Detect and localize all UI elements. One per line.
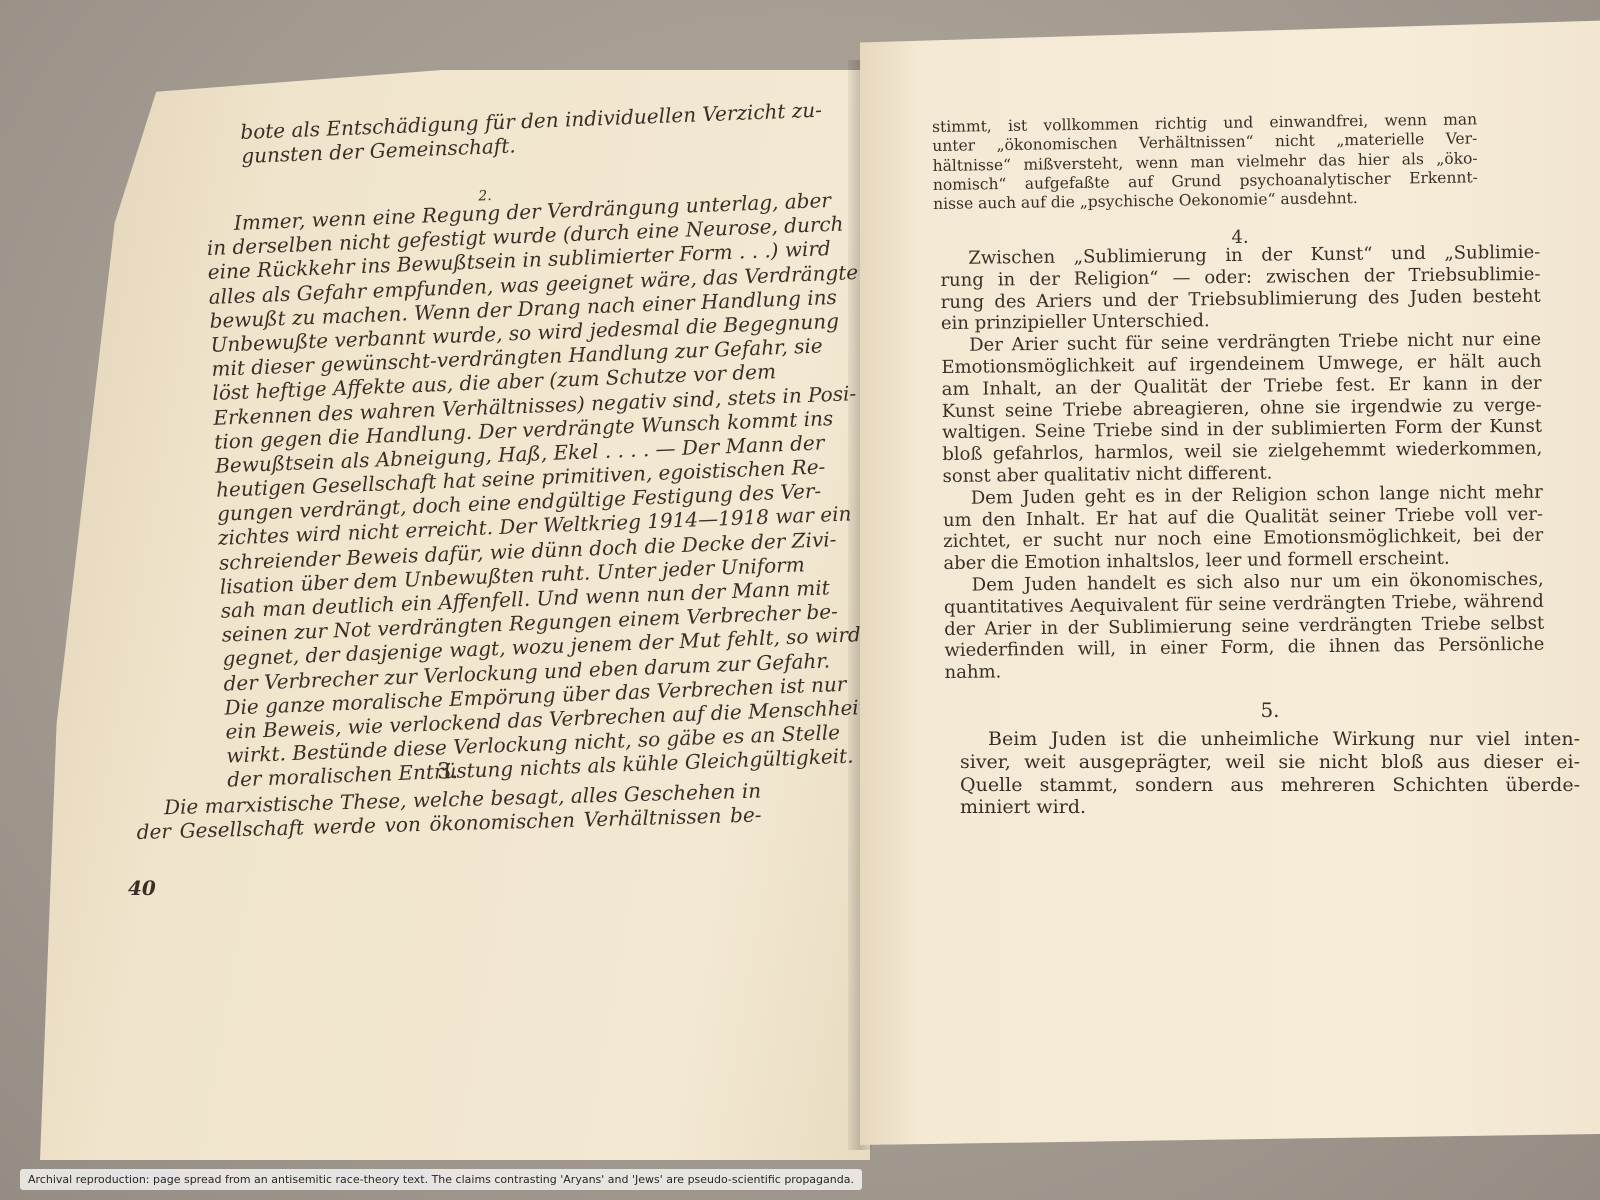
text-line: wiederfinden will, in einer Form, die ih… — [944, 636, 1544, 660]
text-line: siver, weit ausgeprägter, weil sie nicht… — [960, 753, 1580, 772]
text-line: bloß gefahrlos, harmlos, weil sie zielge… — [942, 440, 1542, 464]
section-2: 2. Immer, wenn eine Regung der Verdrängu… — [205, 179, 787, 795]
section-4: 4. Zwischen „Sublimierung in der Kunst“ … — [940, 226, 1545, 686]
right-page: stimmt, ist vollkommen richtig und einwa… — [860, 20, 1600, 1145]
context-note: Archival reproduction: page spread from … — [20, 1169, 862, 1190]
text-line: rung des Ariers und der Triebsublimierun… — [941, 287, 1541, 311]
text-line: nahm. — [945, 658, 1545, 682]
text-line: Quelle stammt, sondern aus mehreren Schi… — [960, 776, 1580, 795]
text-line: nisse auch auf die „psychische Oekonomie… — [933, 190, 1478, 213]
section-number: 5. — [960, 700, 1580, 720]
section-5: 5. Beim Juden ist die unheimliche Wirkun… — [960, 700, 1580, 821]
text-line: miniert wird. — [960, 798, 1580, 817]
left-page: bote als Entschädigung für den individue… — [40, 70, 870, 1160]
text-line: zichtet, er sucht nur noch eine Emotions… — [943, 527, 1543, 551]
text-line: Beim Juden ist die unheimliche Wirkung n… — [960, 730, 1580, 749]
page-number: 40 — [128, 876, 156, 900]
left-continuation: bote als Entschädigung für den individue… — [240, 101, 791, 170]
section-3: 3. Die marxistische These, welche besagt… — [135, 753, 762, 847]
right-continuation: stimmt, ist vollkommen richtig und einwa… — [932, 112, 1478, 216]
